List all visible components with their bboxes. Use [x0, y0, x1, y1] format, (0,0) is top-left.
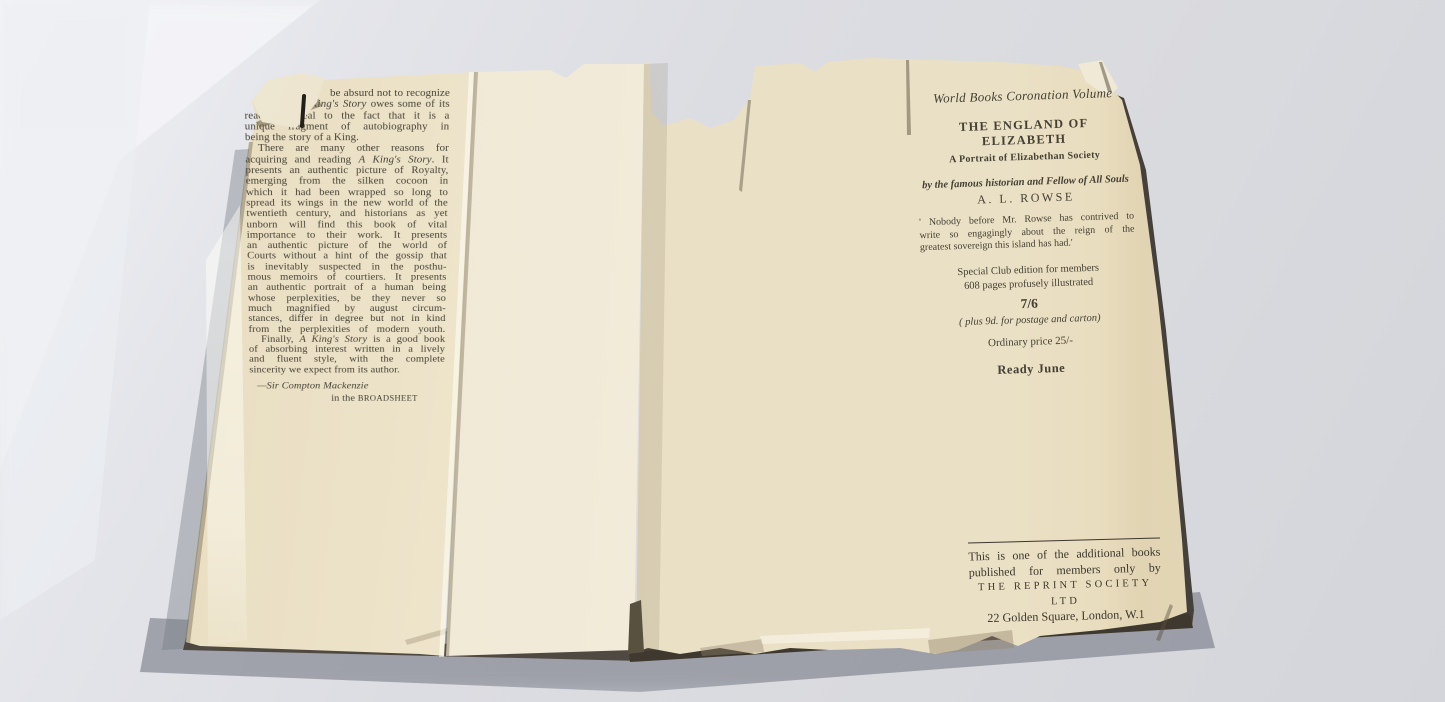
- review-source: in the BROADSHEET: [250, 394, 444, 404]
- publisher-footer: This is one of the additional bookspubli…: [968, 537, 1162, 626]
- footer-lines: This is one of the additional bookspubli…: [968, 544, 1161, 580]
- blurb-paragraph-3: Finally, A King's Story is a good bookof…: [249, 334, 446, 375]
- review-quote: ' Nobody before Mr. Rowse has contrived …: [919, 211, 1135, 255]
- author-name: A. L. ROWSE: [918, 188, 1133, 210]
- book-jacket-photo: be absurd not to recognizeKing's Story o…: [0, 0, 1445, 702]
- review-source-prefix: in the: [331, 393, 358, 404]
- book-title: THE ENGLAND OF ELIZABETH: [916, 115, 1132, 152]
- blurb-paragraph-2: There are many other reasons foracquirin…: [245, 144, 449, 335]
- review-signature: —Sir Compton Mackenzie: [250, 381, 445, 391]
- book-subtitle: A Portrait of Elizabethan Society: [917, 149, 1132, 167]
- flap-blurb: be absurd not to recognizeKing's Story o…: [244, 88, 450, 404]
- right-flap-ad: World Books Coronation Volume THE ENGLAN…: [915, 85, 1139, 380]
- edition-details: Special Club edition for members608 page…: [921, 260, 1137, 295]
- publisher-name: THE REPRINT SOCIETY LTD: [969, 575, 1162, 611]
- ordinary-price: Ordinary price 25/-: [923, 332, 1138, 351]
- review-source-name: BROADSHEET: [358, 394, 418, 403]
